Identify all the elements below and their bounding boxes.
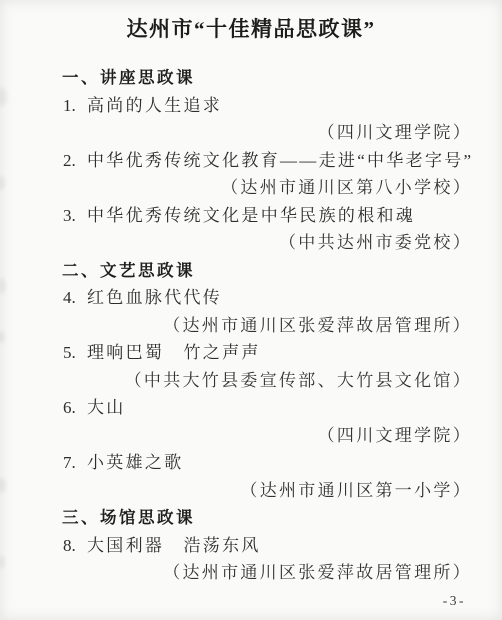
list-item-6: 6.大山 <box>0 394 502 422</box>
document-body: 一、讲座思政课 1.高尚的人生追求 （四川文理学院） 2.中华优秀传统文化教育—… <box>0 64 502 587</box>
item-number: 3. <box>63 202 87 230</box>
document-page: 达州市“十佳精品思政课” 一、讲座思政课 1.高尚的人生追求 （四川文理学院） … <box>0 0 502 620</box>
item-number: 5. <box>63 339 87 367</box>
item-organization: （达州市通川区第一小学） <box>0 477 502 505</box>
item-number: 8. <box>63 532 87 560</box>
list-item-3: 3.中华优秀传统文化是中华民族的根和魂 <box>0 202 502 230</box>
item-organization: （四川文理学院） <box>0 119 502 147</box>
list-item-4: 4.红色血脉代代传 <box>0 284 502 312</box>
list-item-8: 8.大国利器 浩荡东风 <box>0 532 502 560</box>
item-number: 1. <box>63 92 87 120</box>
item-organization: （达州市通川区第八小学校） <box>0 174 502 202</box>
page-number: -3- <box>0 587 502 615</box>
section-heading-3: 三、场馆思政课 <box>0 504 502 532</box>
page-title: 达州市“十佳精品思政课” <box>0 0 502 42</box>
item-title: 中华优秀传统文化教育——走进“中华老字号” <box>87 151 473 170</box>
item-title: 大国利器 浩荡东风 <box>87 536 261 555</box>
item-organization: （四川文理学院） <box>0 422 502 450</box>
item-title: 理响巴蜀 竹之声声 <box>87 343 261 362</box>
list-item-5: 5.理响巴蜀 竹之声声 <box>0 339 502 367</box>
list-item-2: 2.中华优秀传统文化教育——走进“中华老字号” <box>0 147 502 175</box>
list-item-7: 7.小英雄之歌 <box>0 449 502 477</box>
item-title: 小英雄之歌 <box>87 453 184 472</box>
item-number: 7. <box>63 449 87 477</box>
item-number: 2. <box>63 147 87 175</box>
list-item-1: 1.高尚的人生追求 <box>0 92 502 120</box>
section-heading-2: 二、文艺思政课 <box>0 257 502 285</box>
item-organization: （达州市通川区张爱萍故居管理所） <box>0 312 502 340</box>
item-number: 4. <box>63 284 87 312</box>
item-title: 大山 <box>87 398 126 417</box>
item-organization: （中共达州市委党校） <box>0 229 502 257</box>
item-organization: （中共大竹县委宣传部、大竹县文化馆） <box>0 367 502 395</box>
item-number: 6. <box>63 394 87 422</box>
section-heading-1: 一、讲座思政课 <box>0 64 502 92</box>
item-title: 高尚的人生追求 <box>87 96 222 115</box>
item-title: 中华优秀传统文化是中华民族的根和魂 <box>87 206 415 225</box>
item-title: 红色血脉代代传 <box>87 288 222 307</box>
item-organization: （达州市通川区张爱萍故居管理所） <box>0 559 502 587</box>
